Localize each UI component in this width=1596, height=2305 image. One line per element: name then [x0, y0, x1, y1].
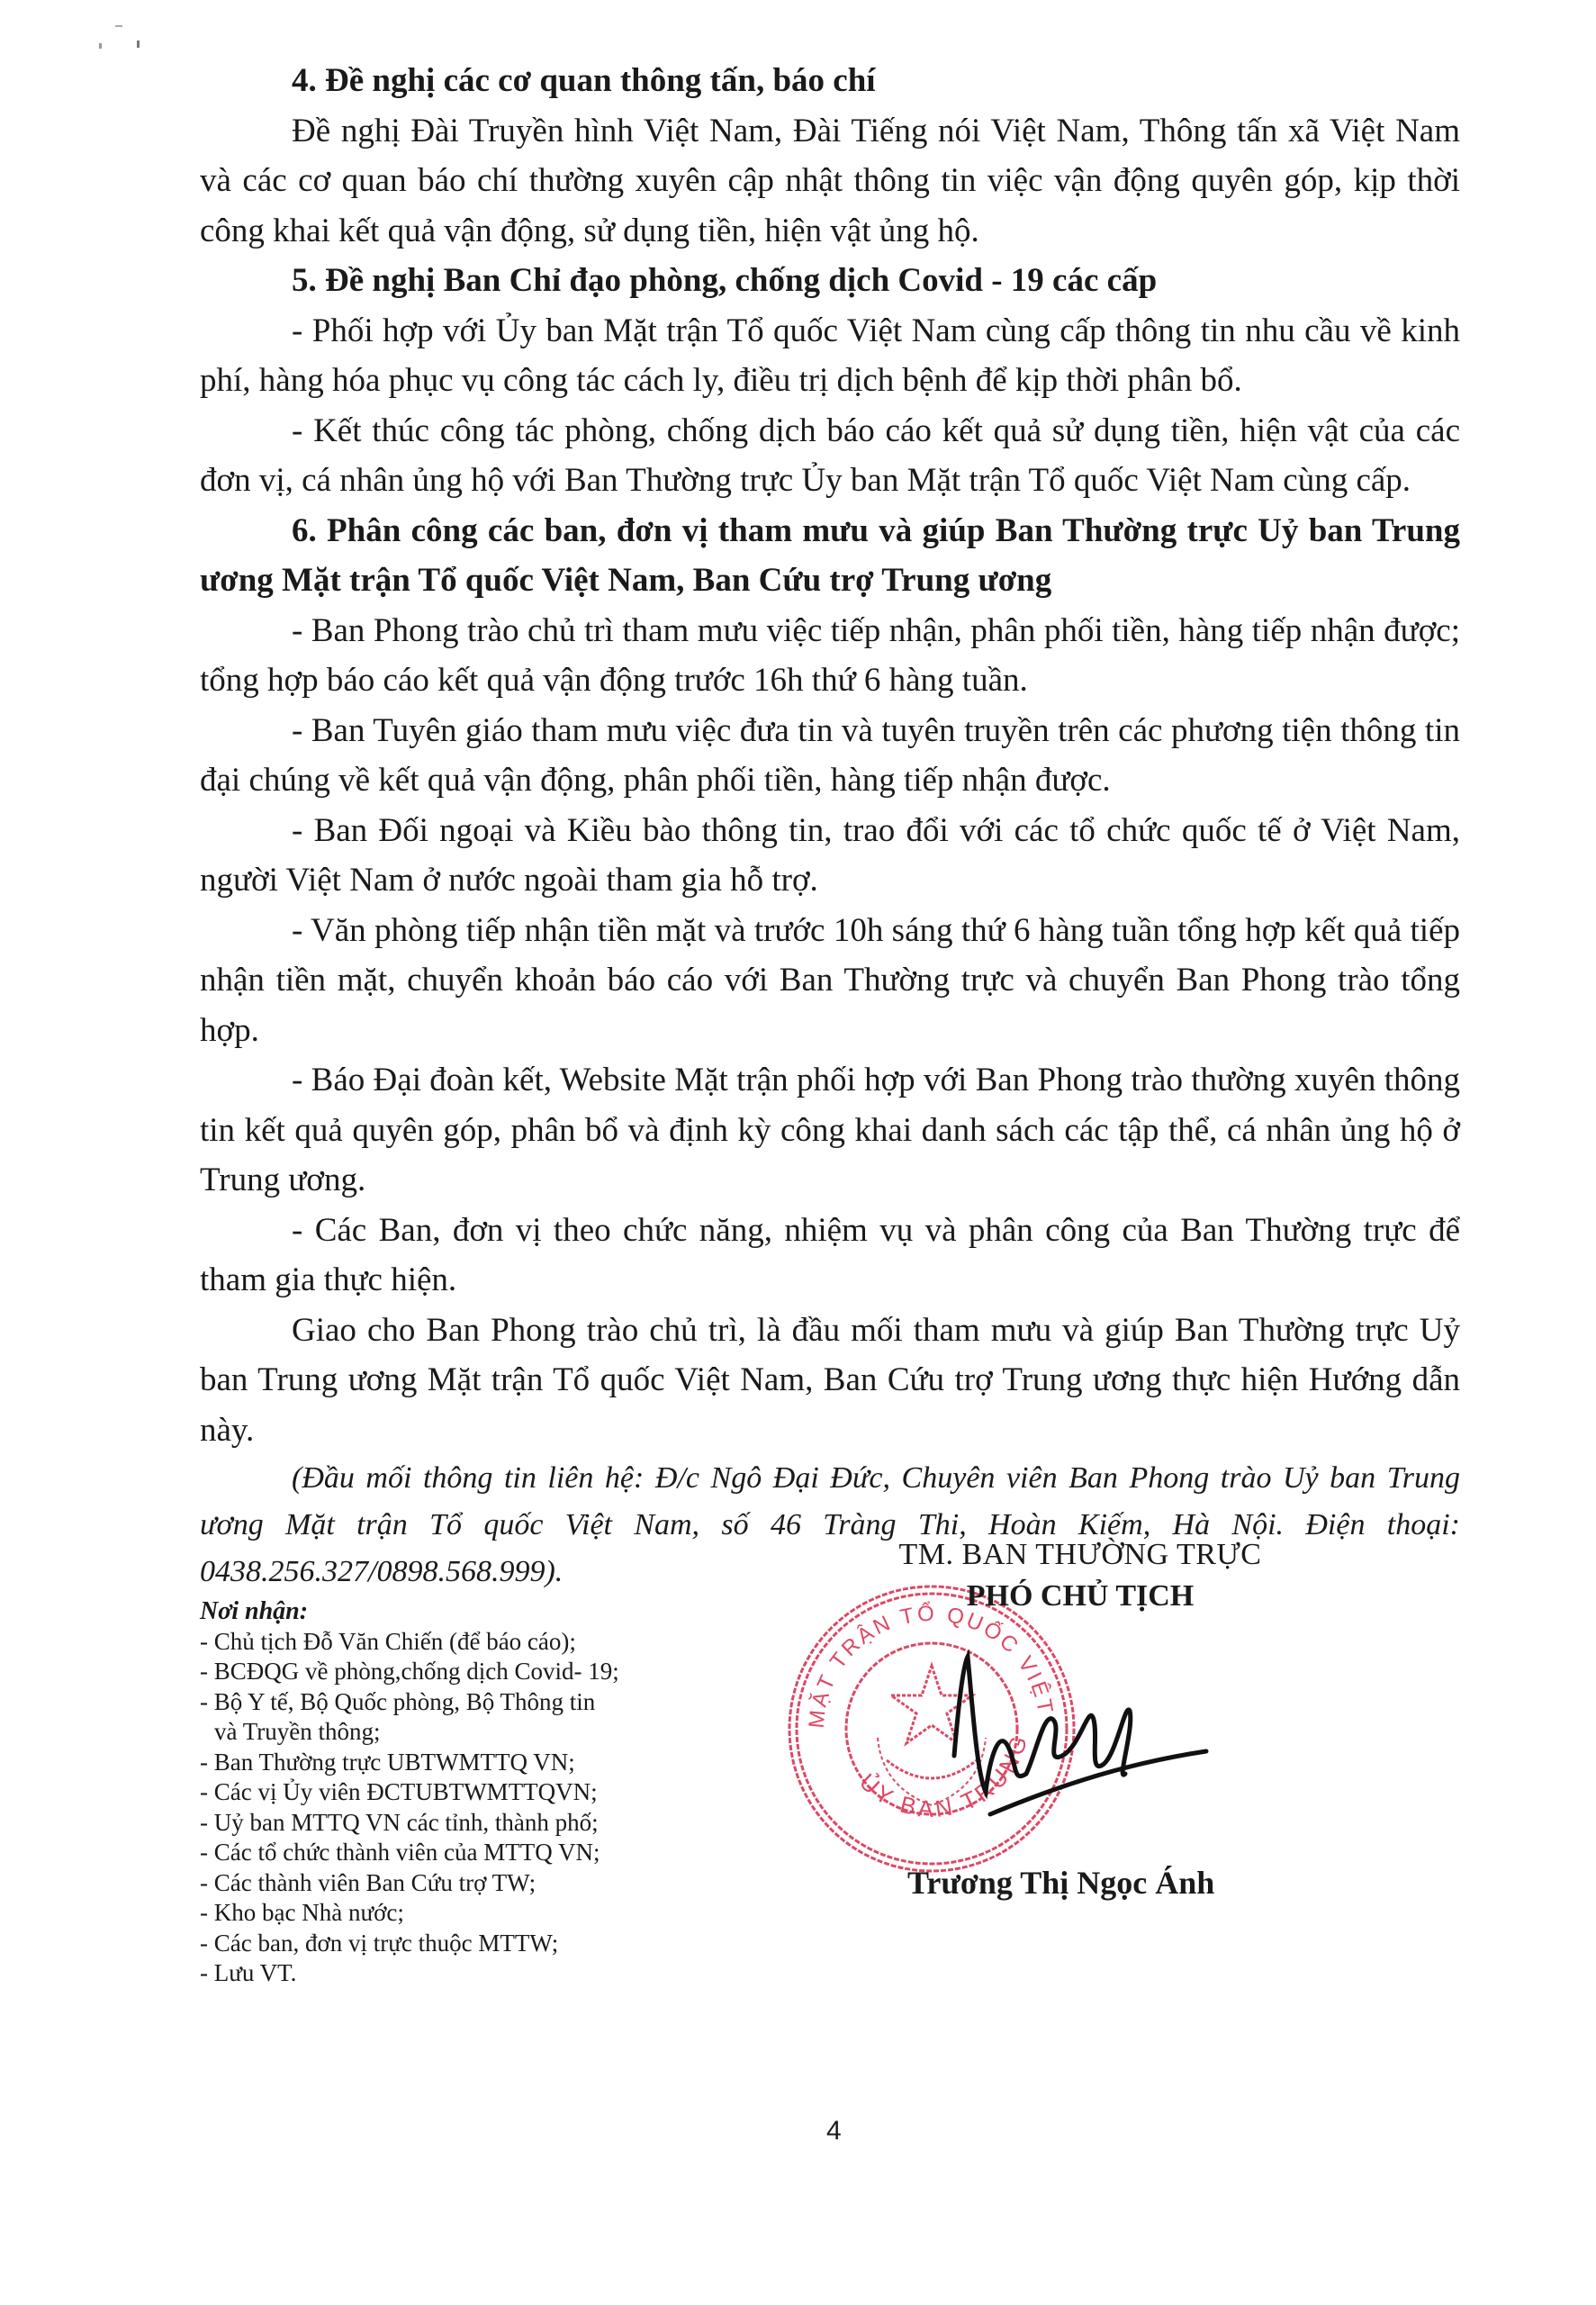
section-6-item: - Ban Đối ngoại và Kiều bào thông tin, t… — [200, 806, 1460, 906]
recipient-item: - Uỷ ban MTTQ VN các tỉnh, thành phố; — [200, 1808, 776, 1839]
recipient-item: - Các ban, đơn vị trực thuộc MTTW; — [200, 1929, 776, 1959]
section-5-item: - Phối hợp với Ủy ban Mặt trận Tổ quốc V… — [200, 306, 1460, 406]
section-6-heading: 6. Phân công các ban, đơn vị tham mưu và… — [200, 506, 1460, 606]
recipient-item: - Ban Thường trực UBTWMTTQ VN; — [200, 1748, 776, 1778]
section-4-heading: 4. Đề nghị các cơ quan thông tấn, báo ch… — [200, 56, 1460, 106]
signature-title: PHÓ CHỦ TỊCH — [810, 1577, 1350, 1616]
recipient-item: - BCĐQG về phòng,chống dịch Covid- 19; — [200, 1657, 776, 1687]
page-number: 4 — [826, 2116, 842, 2147]
recipients-label: Nơi nhận: — [200, 1596, 776, 1627]
recipient-item: - Lưu VT. — [200, 1958, 776, 1989]
document-body: 4. Đề nghị các cơ quan thông tấn, báo ch… — [200, 56, 1460, 1595]
recipient-item: - Các thành viên Ban Cứu trợ TW; — [200, 1868, 776, 1899]
section-5-heading: 5. Đề nghị Ban Chỉ đạo phòng, chống dịch… — [200, 256, 1460, 306]
recipient-item: và Truyền thông; — [200, 1717, 776, 1748]
section-6-item: - Các Ban, đơn vị theo chức năng, nhiệm … — [200, 1206, 1460, 1306]
recipient-item: - Bộ Y tế, Bộ Quốc phòng, Bộ Thông tin — [200, 1687, 776, 1718]
recipient-item: - Kho bạc Nhà nước; — [200, 1898, 776, 1929]
section-5-item: - Kết thúc công tác phòng, chống dịch bá… — [200, 406, 1460, 506]
signature-block: TM. BAN THƯỜNG TRỰC PHÓ CHỦ TỊCH — [810, 1535, 1350, 1616]
handwritten-signature-icon — [936, 1648, 1242, 1828]
section-6-item: - Báo Đại đoàn kết, Website Mặt trận phố… — [200, 1055, 1460, 1206]
recipient-item: - Các vị Ủy viên ĐCTUBTWMTTQVN; — [200, 1777, 776, 1808]
recipient-item: - Các tổ chức thành viên của MTTQ VN; — [200, 1838, 776, 1868]
signer-name: Trương Thị Ngọc Ánh — [907, 1864, 1214, 1902]
section-6-item: - Ban Phong trào chủ trì tham mưu việc t… — [200, 606, 1460, 706]
recipient-item: - Chủ tịch Đỗ Văn Chiến (để báo cáo); — [200, 1627, 776, 1658]
document-page: 4. Đề nghị các cơ quan thông tấn, báo ch… — [0, 0, 1596, 2305]
closing-paragraph: Giao cho Ban Phong trào chủ trì, là đầu … — [200, 1306, 1460, 1456]
section-6-item: - Ban Tuyên giáo tham mưu việc đưa tin v… — [200, 706, 1460, 806]
section-4-paragraph: Đề nghị Đài Truyền hình Việt Nam, Đài Ti… — [200, 106, 1460, 257]
recipients-block: Nơi nhận: - Chủ tịch Đỗ Văn Chiến (để bá… — [200, 1596, 776, 1989]
section-6-item: - Văn phòng tiếp nhận tiền mặt và trước … — [200, 906, 1460, 1056]
signature-on-behalf: TM. BAN THƯỜNG TRỰC — [810, 1535, 1350, 1575]
scan-noise-marks — [54, 18, 234, 54]
